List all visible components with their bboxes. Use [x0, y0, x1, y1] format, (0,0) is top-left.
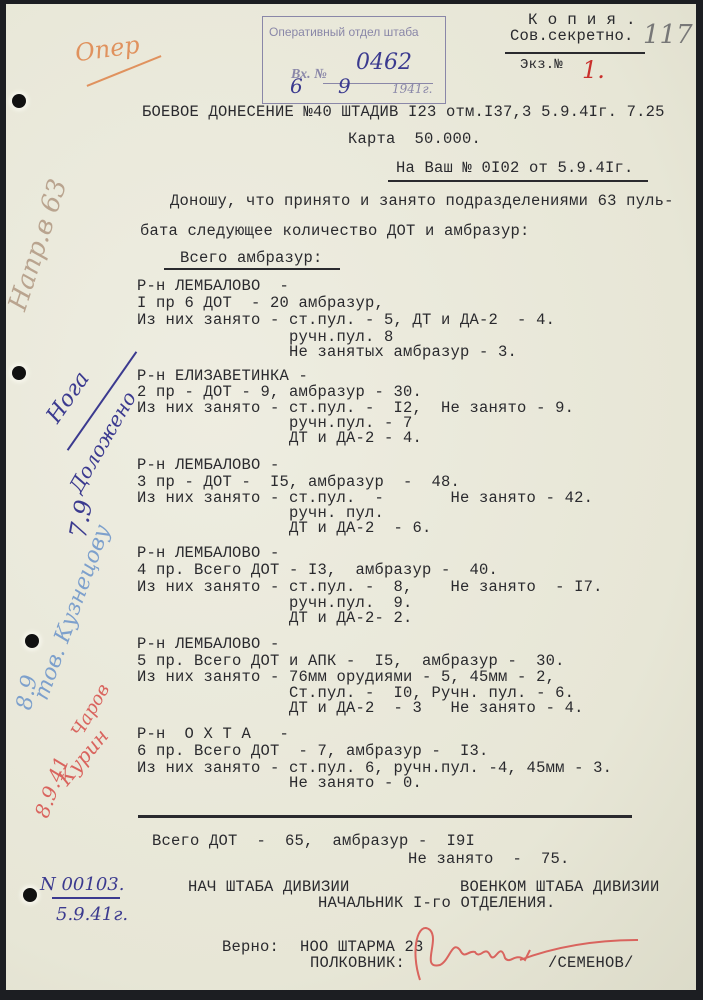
total-embrasures-heading: Всего амбразур: — [180, 251, 323, 267]
punch-hole — [23, 888, 37, 902]
stamp-month: 9 — [338, 74, 351, 98]
stamp-title: Оперативный отдел штаба — [269, 25, 419, 39]
stamp-incoming-number: 0462 — [356, 50, 412, 75]
section-line: Не занято - 0. — [137, 776, 422, 792]
divider — [52, 897, 120, 899]
section-line: 4 пр. Всего ДОТ - I3, амбразур - 40. — [137, 563, 498, 579]
punch-hole — [25, 634, 39, 648]
district-name: Р-н ЛЕМБАЛОВО - — [137, 458, 280, 474]
section-line: ДТ и ДА-2 - 3 Не занято - 4. — [137, 701, 584, 717]
district-name: Р-н ЛЕМБАЛОВО - — [137, 637, 280, 653]
totals-line-2: Не занято - 75. — [408, 852, 570, 868]
section-line: Не занятых амбразур - 3. — [137, 345, 517, 361]
section-line: Из них занято - ст.пул. - 5, ДТ и ДА-2 -… — [137, 313, 555, 329]
map-scale: Карта 50.000. — [348, 132, 481, 148]
stamp-year: 1941г. — [392, 82, 432, 96]
district-name: Р-н О Х Т А - — [137, 727, 289, 743]
district-name: Р-н ЛЕМБАЛОВО - — [137, 279, 289, 295]
section-line: I пр 6 ДОТ - 20 амбразур, — [137, 296, 384, 312]
reference-line: На Ваш № 0I02 от 5.9.4Iг. — [396, 161, 634, 177]
punch-hole — [12, 366, 26, 380]
handwritten-outgoing-number: N 00103. — [40, 874, 124, 895]
divider — [164, 268, 340, 270]
section-line: ДТ и ДА-2 - 4. — [137, 431, 422, 447]
report-title: БОЕВОЕ ДОНЕСЕНИЕ №40 ШТАДИВ I23 отм.I37,… — [142, 105, 665, 121]
stamp-day: 6 — [290, 74, 303, 98]
red-signature-icon — [390, 910, 640, 1000]
district-name: Р-н ЛЕМБАЛОВО - — [137, 546, 280, 562]
copy-label: К о п и я . — [528, 12, 636, 28]
section-line: 6 пр. Всего ДОТ - 7, амбразур - I3. — [137, 744, 489, 760]
copy-number-label: Экз.№ — [520, 58, 563, 72]
intro-line-1: Доношу, что принято и занято подразделен… — [170, 194, 674, 210]
copy-number-value: 1. — [582, 56, 605, 84]
secrecy-label: Сов.секретно. — [510, 29, 634, 45]
intro-line-2: бата следующее количество ДОТ и амбразур… — [140, 224, 530, 240]
section-line: ДТ и ДА-2 - 6. — [137, 521, 432, 537]
page-number-handwritten: 117 — [643, 20, 693, 50]
totals-line-1: Всего ДОТ - 65, амбразур - I9I — [152, 834, 475, 850]
punch-hole — [12, 94, 26, 108]
section-line: ДТ и ДА-2- 2. — [137, 611, 413, 627]
handwritten-outgoing-date: 5.9.41г. — [56, 904, 128, 925]
verified-label: Верно: — [222, 940, 279, 956]
divider — [505, 52, 645, 54]
divider — [138, 815, 632, 818]
divider — [388, 180, 648, 182]
